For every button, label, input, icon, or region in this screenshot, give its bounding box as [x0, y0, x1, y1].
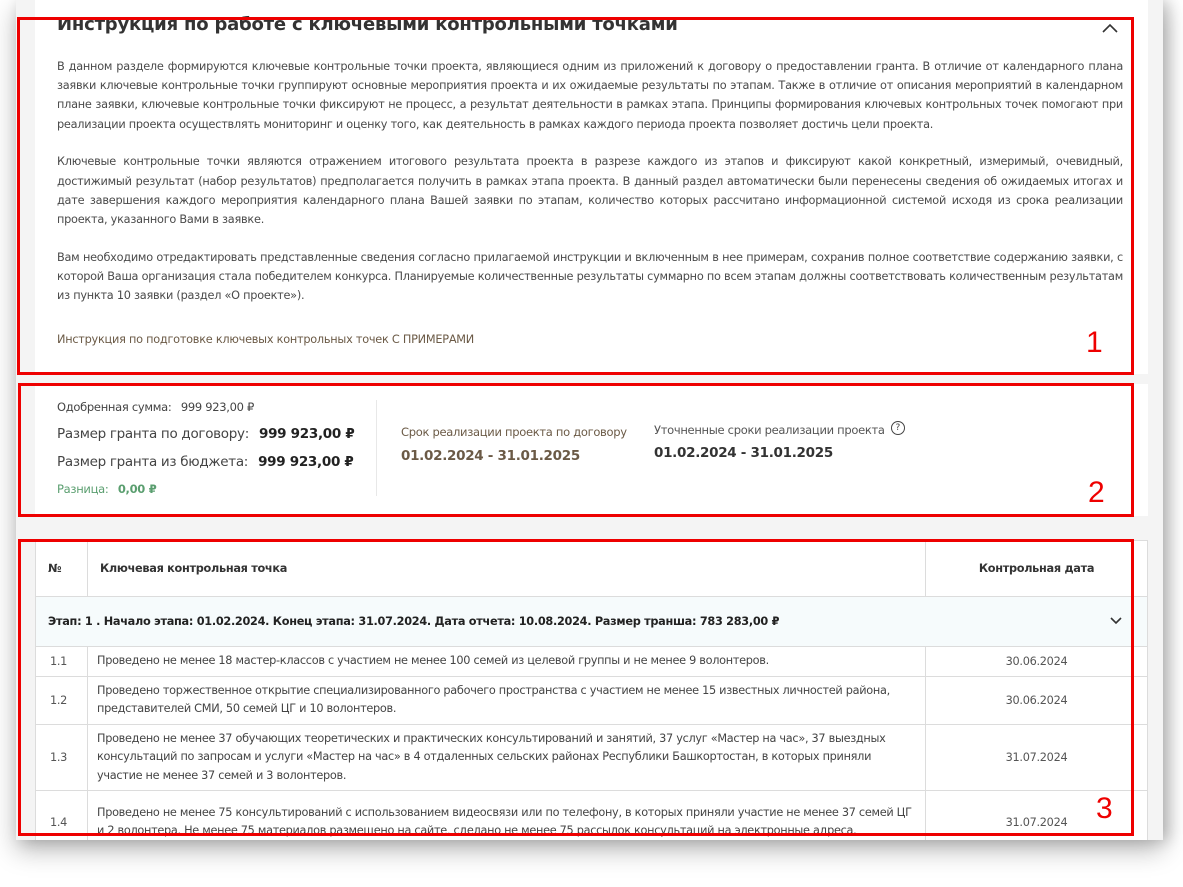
- instructions-title: Инструкция по работе с ключевыми контрол…: [57, 14, 678, 35]
- instructions-paragraph: В данном разделе формируются ключевые ко…: [57, 57, 1123, 134]
- collapse-button[interactable]: [1099, 20, 1121, 36]
- checkpoints-table-panel: № Ключевая контрольная точка Контрольная…: [35, 540, 1148, 840]
- contract-grant: Размер гранта по договору: 999 923,00 ₽: [57, 426, 354, 442]
- contract-term-label: Срок реализации проекта по договору: [401, 425, 627, 439]
- budget-grant: Размер гранта из бюджета: 999 923,00 ₽: [57, 454, 354, 470]
- approved-sum-label: Одобренная сумма:: [57, 400, 171, 414]
- stage-row[interactable]: Этап: 1 . Начало этапа: 01.02.2024. Коне…: [36, 597, 1148, 647]
- annotation-marker-2: 2: [1088, 478, 1105, 508]
- row-num: 1.1: [36, 647, 88, 677]
- refined-term-label: Уточненные сроки реализации проекта: [654, 423, 885, 437]
- col-header-num: №: [36, 541, 88, 597]
- contract-grant-value: 999 923,00 ₽: [259, 426, 354, 442]
- grant-summary-panel: Одобренная сумма: 999 923,00 ₽ Размер гр…: [35, 384, 1148, 516]
- expand-stage-button[interactable]: [1109, 615, 1123, 627]
- col-header-point: Ключевая контрольная точка: [88, 541, 926, 597]
- checkpoints-table: № Ключевая контрольная точка Контрольная…: [35, 540, 1148, 840]
- refined-term-value: 01.02.2024 - 31.01.2025: [654, 445, 905, 461]
- instructions-examples-link[interactable]: Инструкция по подготовке ключевых контро…: [57, 333, 474, 346]
- difference-label: Разница:: [57, 482, 108, 496]
- budget-grant-label: Размер гранта из бюджета:: [57, 454, 248, 470]
- screenshot-canvas: Инструкция по работе с ключевыми контрол…: [0, 0, 1183, 887]
- row-date: 30.06.2024: [926, 647, 1148, 677]
- table-row[interactable]: 1.3 Проведено не менее 37 обучающих теор…: [36, 724, 1148, 791]
- table-header-row: № Ключевая контрольная точка Контрольная…: [36, 541, 1148, 597]
- refined-term: Уточненные сроки реализации проекта? 01.…: [654, 423, 905, 461]
- difference: Разница: 0,00 ₽: [57, 482, 156, 496]
- help-icon[interactable]: ?: [891, 421, 905, 435]
- contract-term: Срок реализации проекта по договору 01.0…: [401, 425, 627, 464]
- row-text: Проведено торжественное открытие специал…: [88, 676, 926, 724]
- chevron-down-icon: [1109, 615, 1123, 627]
- annotation-marker-1: 1: [1086, 328, 1103, 358]
- instructions-body: В данном разделе формируются ключевые ко…: [57, 57, 1123, 324]
- row-text: Проведено не менее 37 обучающих теоретич…: [88, 724, 926, 791]
- budget-grant-value: 999 923,00 ₽: [258, 454, 353, 470]
- chevron-up-icon: [1099, 20, 1121, 36]
- table-row[interactable]: 1.1 Проведено не менее 18 мастер-классов…: [36, 647, 1148, 677]
- instructions-paragraph: Ключевые контрольные точки являются отра…: [57, 152, 1123, 229]
- row-date: 31.07.2024: [926, 724, 1148, 791]
- annotation-marker-3: 3: [1096, 794, 1113, 824]
- contract-term-value: 01.02.2024 - 31.01.2025: [401, 448, 627, 464]
- approved-sum: Одобренная сумма: 999 923,00 ₽: [57, 400, 254, 414]
- row-num: 1.3: [36, 724, 88, 791]
- vertical-divider: [376, 400, 377, 496]
- instructions-paragraph: Вам необходимо отредактировать представл…: [57, 248, 1123, 306]
- table-row[interactable]: 1.2 Проведено торжественное открытие спе…: [36, 676, 1148, 724]
- difference-value: 0,00 ₽: [118, 482, 157, 496]
- contract-grant-label: Размер гранта по договору:: [57, 426, 249, 442]
- row-date: 30.06.2024: [926, 676, 1148, 724]
- stage-label: Этап: 1 . Начало этапа: 01.02.2024. Коне…: [48, 615, 779, 628]
- row-date: 31.07.2024: [926, 791, 1148, 841]
- row-text: Проведено не менее 18 мастер-классов с у…: [88, 647, 926, 677]
- col-header-date: Контрольная дата: [926, 541, 1148, 597]
- row-num: 1.4: [36, 791, 88, 841]
- page-sheet: Инструкция по работе с ключевыми контрол…: [16, 0, 1163, 840]
- approved-sum-value: 999 923,00 ₽: [181, 400, 254, 414]
- instructions-panel: Инструкция по работе с ключевыми контрол…: [35, 0, 1148, 374]
- row-text: Проведено не менее 75 консультирований с…: [88, 791, 926, 841]
- row-num: 1.2: [36, 676, 88, 724]
- table-row[interactable]: 1.4 Проведено не менее 75 консультирован…: [36, 791, 1148, 841]
